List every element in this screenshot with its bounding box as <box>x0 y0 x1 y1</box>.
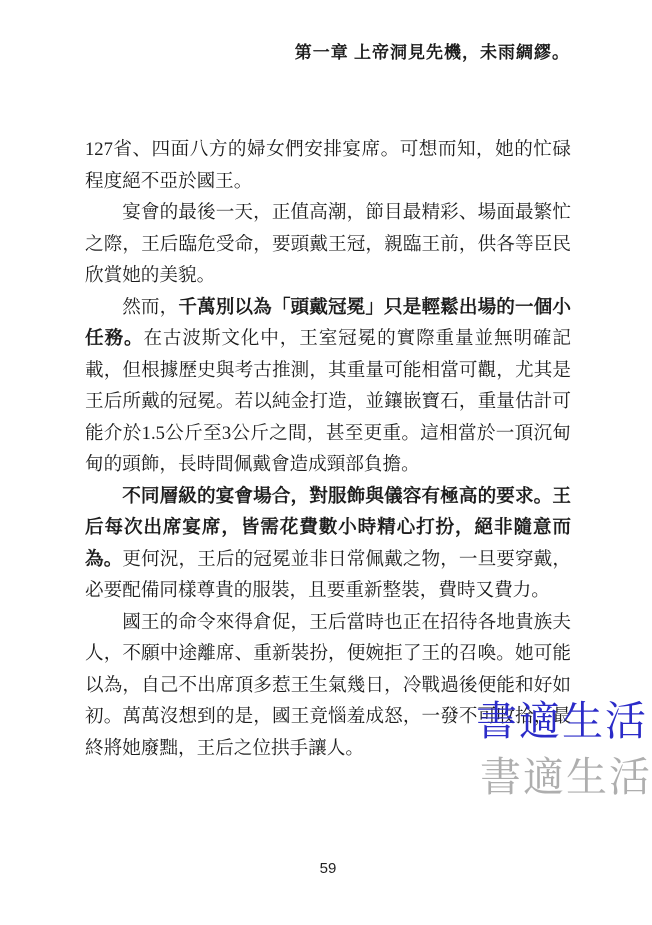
paragraph: 127省、四面八方的婦女們安排宴席。可想而知，她的忙碌程度絕不亞於國王。 <box>85 134 571 197</box>
text-segment: 在古波斯文化中，王室冠冕的實際重量並無明確記載，但根據歷史與考古推測，其重量可能… <box>85 328 571 475</box>
text-segment: 宴會的最後一天，正值高潮，節目最精彩、場面最繁忙之際，王后臨危受命，要頭戴王冠，… <box>85 202 571 286</box>
text-segment: 然而， <box>122 297 178 318</box>
body-text: 127省、四面八方的婦女們安排宴席。可想而知，她的忙碌程度絕不亞於國王。宴會的最… <box>85 134 571 764</box>
paragraph: 不同層級的宴會場合，對服飾與儀容有極高的要求。王后每次出席宴席，皆需花費數小時精… <box>85 481 571 607</box>
text-segment: 更何況，王后的冠冕並非日常佩戴之物，一旦要穿戴，必要配備同樣尊貴的服裝，且要重新… <box>85 549 571 602</box>
text-segment: 127省、四面八方的婦女們安排宴席。可想而知，她的忙碌程度絕不亞於國王。 <box>85 139 571 192</box>
text-segment: 國王的命令來得倉促，王后當時也正在招待各地貴族夫人，不願中途離席、重新裝扮，便婉… <box>85 612 571 759</box>
page-number: 59 <box>85 860 571 877</box>
paragraph: 國王的命令來得倉促，王后當時也正在招待各地貴族夫人，不願中途離席、重新裝扮，便婉… <box>85 607 571 765</box>
book-page: 第一章 上帝洞見先機，未雨綢繆。 127省、四面八方的婦女們安排宴席。可想而知，… <box>0 0 652 925</box>
paragraph: 宴會的最後一天，正值高潮，節目最精彩、場面最繁忙之際，王后臨危受命，要頭戴王冠，… <box>85 197 571 292</box>
chapter-header: 第一章 上帝洞見先機，未雨綢繆。 <box>295 38 570 63</box>
paragraph: 然而，千萬別以為「頭戴冠冕」只是輕鬆出場的一個小任務。在古波斯文化中，王室冠冕的… <box>85 292 571 481</box>
